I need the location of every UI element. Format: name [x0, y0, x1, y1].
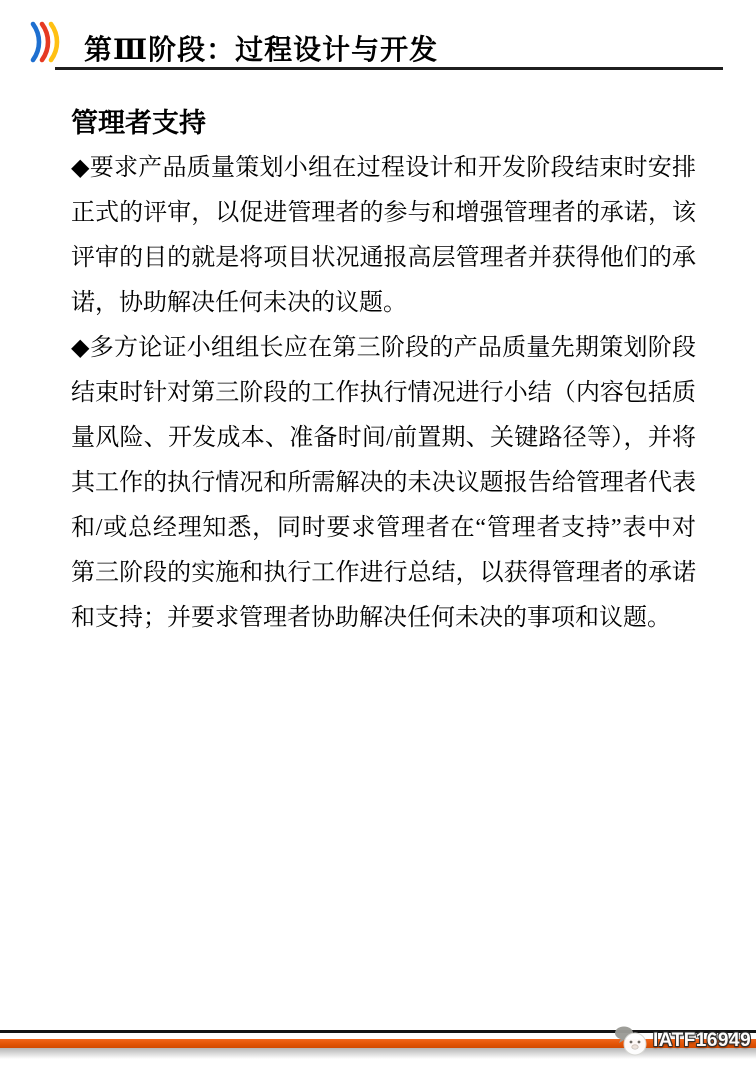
- title-underline: [55, 67, 723, 70]
- slide-logo: [28, 20, 62, 64]
- mascot-face: [624, 1033, 646, 1055]
- mascot-eye-left: [630, 1041, 633, 1044]
- slide-body: 管理者支持 ◆要求产品质量策划小组在过程设计和开发阶段结束时安排正式的评审，以促…: [71, 100, 696, 641]
- body-paragraph-1: ◆要求产品质量策划小组在过程设计和开发阶段结束时安排正式的评审，以促进管理者的参…: [71, 146, 696, 326]
- mascot-speech-bubble-icon: [613, 1025, 651, 1057]
- chevron-stroke-blue: [33, 24, 39, 60]
- triple-chevron-icon: [28, 20, 62, 64]
- paragraph-text: 多方论证小组组长应在第三阶段的产品质量先期策划阶段结束时针对第三阶段的工作执行情…: [71, 335, 696, 631]
- page-title: 第Ⅲ阶段：过程设计与开发: [84, 28, 438, 68]
- watermark: IATF16949: [613, 1023, 751, 1059]
- mascot-snout: [632, 1045, 638, 1049]
- section-heading: 管理者支持: [71, 100, 696, 146]
- chevron-stroke-red: [42, 24, 48, 60]
- chevron-stroke-yellow: [51, 24, 57, 60]
- body-paragraph-2: ◆多方论证小组组长应在第三阶段的产品质量先期策划阶段结束时针对第三阶段的工作执行…: [71, 326, 696, 641]
- bullet-diamond-icon: ◆: [71, 155, 90, 181]
- watermark-label: IATF16949: [653, 1030, 751, 1052]
- paragraph-text: 要求产品质量策划小组在过程设计和开发阶段结束时安排正式的评审，以促进管理者的参与…: [71, 155, 696, 316]
- bullet-diamond-icon: ◆: [71, 335, 90, 361]
- mascot-eye-right: [638, 1041, 641, 1044]
